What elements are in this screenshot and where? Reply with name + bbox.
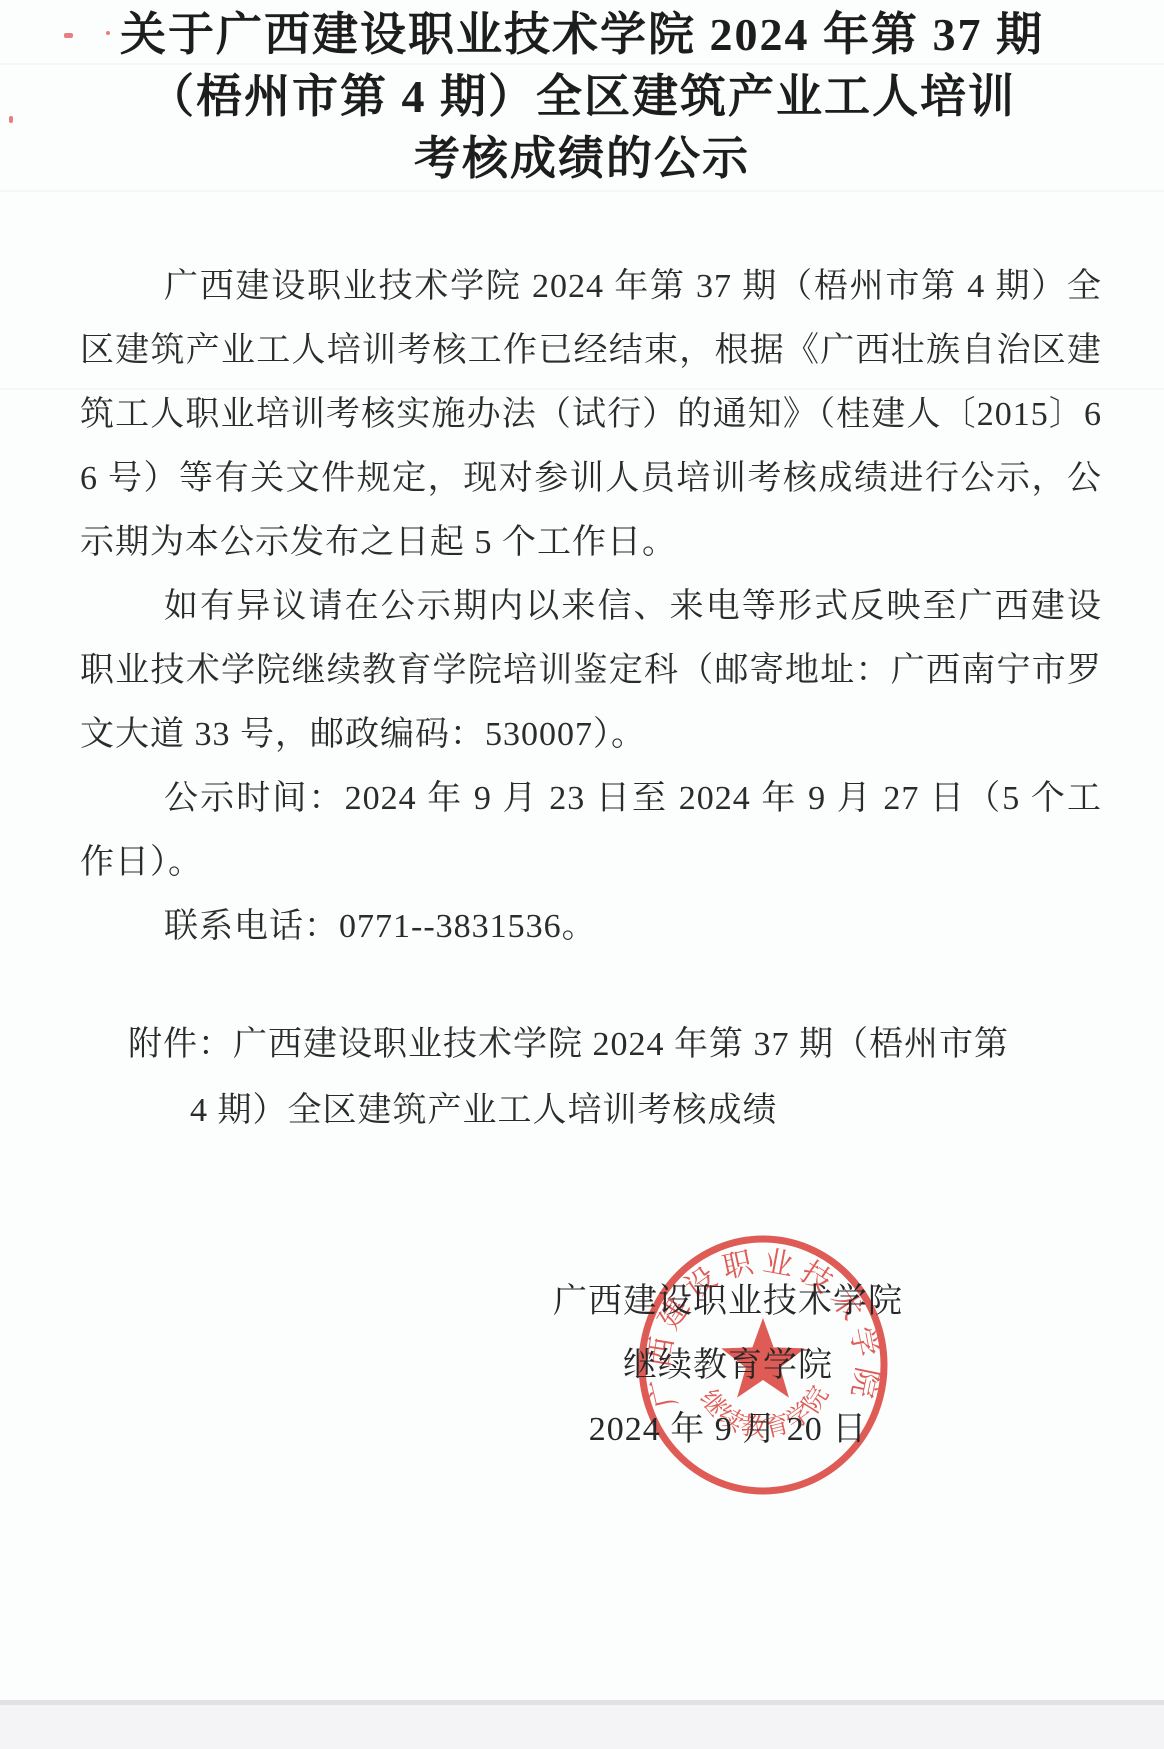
scan-artifact-line [0,190,1164,192]
signature-dept: 继续教育学院 [463,1334,993,1398]
scan-page-edge [0,1705,1164,1749]
attachment-note: 附件：广西建设职业技术学院 2024 年第 37 期（梧州市第 4 期）全区建筑… [80,1012,1102,1144]
signature-date: 2024 年 9 月 20 日 [463,1398,993,1462]
paragraph-publicity-period: 公示时间：2024 年 9 月 23 日至 2024 年 9 月 27 日（5 … [80,767,1102,895]
notice-body: 广西建设职业技术学院 2024 年第 37 期（梧州市第 4 期）全区建筑产业工… [80,255,1102,959]
notice-title: 关于广西建设职业技术学院 2024 年第 37 期 （梧州市第 4 期）全区建筑… [0,4,1164,190]
document-page: 关于广西建设职业技术学院 2024 年第 37 期 （梧州市第 4 期）全区建筑… [0,0,1164,1749]
paragraph-contact-phone: 联系电话：0771--3831536。 [80,895,1102,959]
notice-title-line-3: 考核成绩的公示 [0,128,1164,190]
paragraph-objection: 如有异议请在公示期内以来信、来电等形式反映至广西建设职业技术学院继续教育学院培训… [80,575,1102,767]
paragraph-overview: 广西建设职业技术学院 2024 年第 37 期（梧州市第 4 期）全区建筑产业工… [80,255,1102,575]
attachment-line-1: 附件：广西建设职业技术学院 2024 年第 37 期（梧州市第 [80,1012,1102,1078]
notice-title-line-2: （梧州市第 4 期）全区建筑产业工人培训 [0,66,1164,128]
attachment-line-2: 4 期）全区建筑产业工人培训考核成绩 [80,1078,1102,1144]
signature-org: 广西建设职业技术学院 [463,1270,993,1334]
notice-title-line-1: 关于广西建设职业技术学院 2024 年第 37 期 [0,4,1164,66]
signature-block: 广西建设职业技术学院 继续教育学院 2024 年 9 月 20 日 [463,1270,993,1462]
